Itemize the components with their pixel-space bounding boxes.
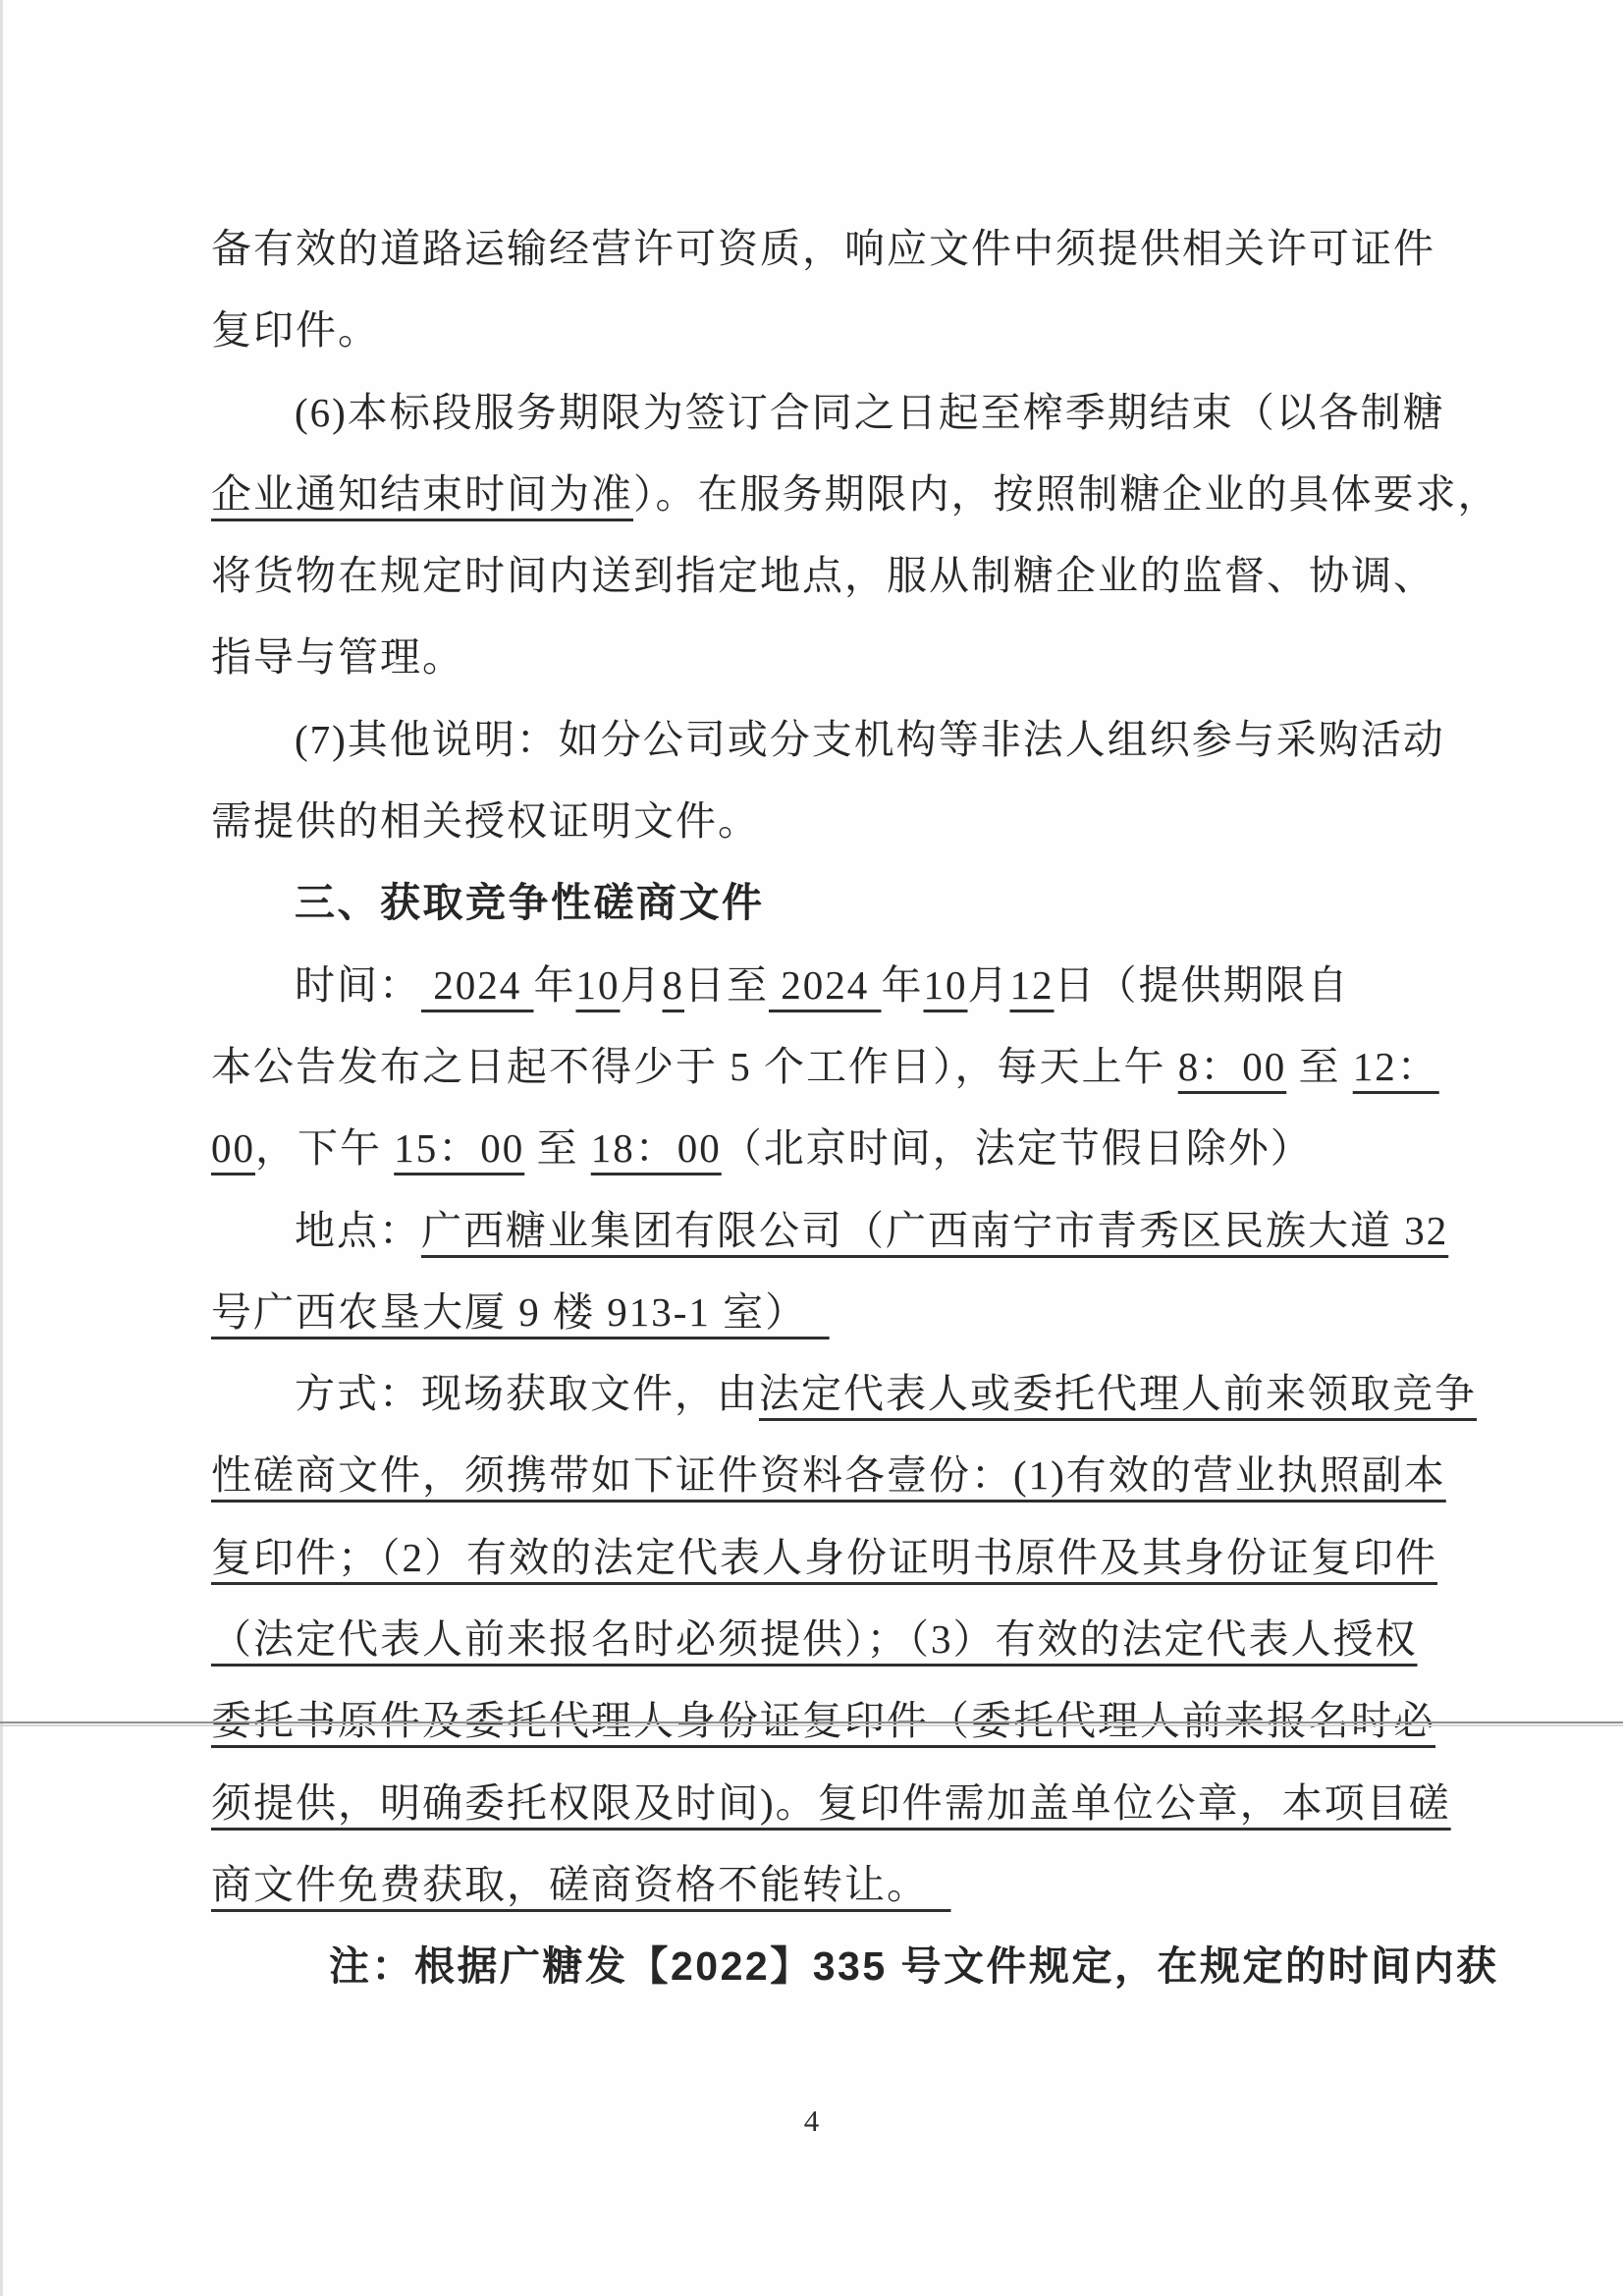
underlined-text-segment: 15：00 [394,1125,524,1171]
text-segment: 需提供的相关授权证明文件。 [211,798,760,844]
text-segment: 复印件。 [211,307,380,353]
text-segment: ）。在服务期限内，按照制糖企业的具体要求， [633,471,1500,517]
underlined-text-segment: 8：00 [1178,1044,1287,1089]
text-segment: 注：根据广糖发【2022】335 号文件规定，在规定的时间内获 [329,1943,1499,1989]
text-line-10: 时间： 2024 年10月8日至 2024 年10月12日（提供期限自 [211,945,1448,1026]
text-line-16: 性磋商文件，须携带如下证件资料各壹份：(1)有效的营业执照副本 [211,1435,1448,1516]
text-segment: 日至 [684,962,769,1008]
text-segment: 至 [1286,1044,1353,1089]
text-line-12: 00，下午 15：00 至 18：00（北京时间，法定节假日除外） [211,1108,1448,1189]
underlined-text-segment: 复印件；（2）有效的法定代表人身份证明书原件及其身份证复印件 [211,1535,1437,1580]
scan-fold-line [0,1722,1623,1723]
text-segment: (6)本标段服务期限为签订合同之日起至榨季期结束（以各制糖 [295,390,1445,435]
text-segment: 本公告发布之日起不得少于 5 个工作日），每天上午 [211,1044,1178,1089]
underlined-text-segment: 2024 [421,962,534,1008]
text-segment: (7)其他说明：如分公司或分支机构等非法人组织参与采购活动 [295,717,1445,762]
text-segment: 指导与管理。 [211,634,464,680]
page-number: 4 [0,2104,1623,2139]
underlined-text-segment: 2024 [769,962,882,1008]
text-line-21: 商文件免费获取，磋商资格不能转让。 [211,1844,1448,1926]
text-line-8: 需提供的相关授权证明文件。 [211,781,1448,862]
text-segment: 三、获取竞争性磋商文件 [295,880,765,925]
text-line-3: (6)本标段服务期限为签订合同之日起至榨季期结束（以各制糖 [211,372,1448,454]
text-segment: 年 [882,962,924,1008]
underlined-text-segment: 企业通知结束时间为准 [211,471,633,517]
text-segment: 至 [524,1125,591,1171]
text-line-6: 指导与管理。 [211,617,1448,698]
text-segment: ，下午 [255,1125,394,1171]
scan-fold-line-shadow [0,1724,1623,1726]
document-body: 备有效的道路运输经营许可资质，响应文件中须提供相关许可证件复印件。(6)本标段服… [211,208,1448,2008]
text-segment: （北京时间，法定节假日除外） [722,1125,1313,1171]
text-line-17: 复印件；（2）有效的法定代表人身份证明书原件及其身份证复印件 [211,1517,1448,1599]
text-segment: 年 [534,962,576,1008]
underlined-text-segment: 12 [1010,962,1055,1008]
text-segment: 地点： [295,1208,421,1253]
text-segment: 将货物在规定时间内送到指定地点，服从制糖企业的监督、协调、 [211,553,1435,598]
underlined-text-segment: 12： [1353,1044,1439,1089]
underlined-text-segment: 00 [211,1125,255,1171]
text-line-1: 备有效的道路运输经营许可资质，响应文件中须提供相关许可证件 [211,208,1448,290]
text-line-7: (7)其他说明：如分公司或分支机构等非法人组织参与采购活动 [211,699,1448,781]
underlined-text-segment: 10 [924,962,968,1008]
text-line-15: 方式：现场获取文件，由法定代表人或委托代理人前来领取竞争 [211,1353,1448,1435]
text-line-14: 号广西农垦大厦 9 楼 913-1 室） [211,1272,1448,1353]
text-segment: 月 [621,962,663,1008]
text-segment: 方式：现场获取文件，由 [295,1371,759,1416]
underlined-text-segment: 须提供，明确委托权限及时间)。复印件需加盖单位公章，本项目磋 [211,1780,1451,1826]
text-segment: 时间： [295,962,421,1008]
underlined-text-segment: 18：00 [591,1125,722,1171]
text-line-18: （法定代表人前来报名时必须提供）；（3）有效的法定代表人授权 [211,1599,1448,1680]
scan-edge-line [0,0,3,2296]
text-line-4: 企业通知结束时间为准）。在服务期限内，按照制糖企业的具体要求， [211,454,1448,535]
text-line-13: 地点：广西糖业集团有限公司（广西南宁市青秀区民族大道 32 [211,1190,1448,1272]
text-line-22: 注：根据广糖发【2022】335 号文件规定，在规定的时间内获 [211,1926,1448,2007]
underlined-text-segment: 8 [663,962,685,1008]
underlined-text-segment: 广西糖业集团有限公司（广西南宁市青秀区民族大道 32 [421,1208,1448,1253]
document-page: 备有效的道路运输经营许可资质，响应文件中须提供相关许可证件复印件。(6)本标段服… [0,0,1623,2296]
text-line-5: 将货物在规定时间内送到指定地点，服从制糖企业的监督、协调、 [211,535,1448,617]
text-line-2: 复印件。 [211,290,1448,371]
text-line-20: 须提供，明确委托权限及时间)。复印件需加盖单位公章，本项目磋 [211,1763,1448,1844]
underlined-text-segment: 10 [576,962,621,1008]
underlined-text-segment: 号广西农垦大厦 9 楼 913-1 室） [211,1289,830,1335]
underlined-text-segment: 性磋商文件，须携带如下证件资料各壹份：(1)有效的营业执照副本 [211,1452,1446,1498]
underlined-text-segment: （法定代表人前来报名时必须提供）；（3）有效的法定代表人授权 [211,1616,1418,1662]
text-segment: 备有效的道路运输经营许可资质，响应文件中须提供相关许可证件 [211,226,1435,271]
underlined-text-segment: 法定代表人或委托代理人前来领取竞争 [759,1371,1477,1416]
text-segment: 月 [968,962,1010,1008]
text-segment: 日（提供期限自 [1055,962,1350,1008]
text-line-11: 本公告发布之日起不得少于 5 个工作日），每天上午 8：00 至 12： [211,1026,1448,1108]
underlined-text-segment: 商文件免费获取，磋商资格不能转让。 [211,1862,951,1907]
text-line-9: 三、获取竞争性磋商文件 [211,862,1448,944]
